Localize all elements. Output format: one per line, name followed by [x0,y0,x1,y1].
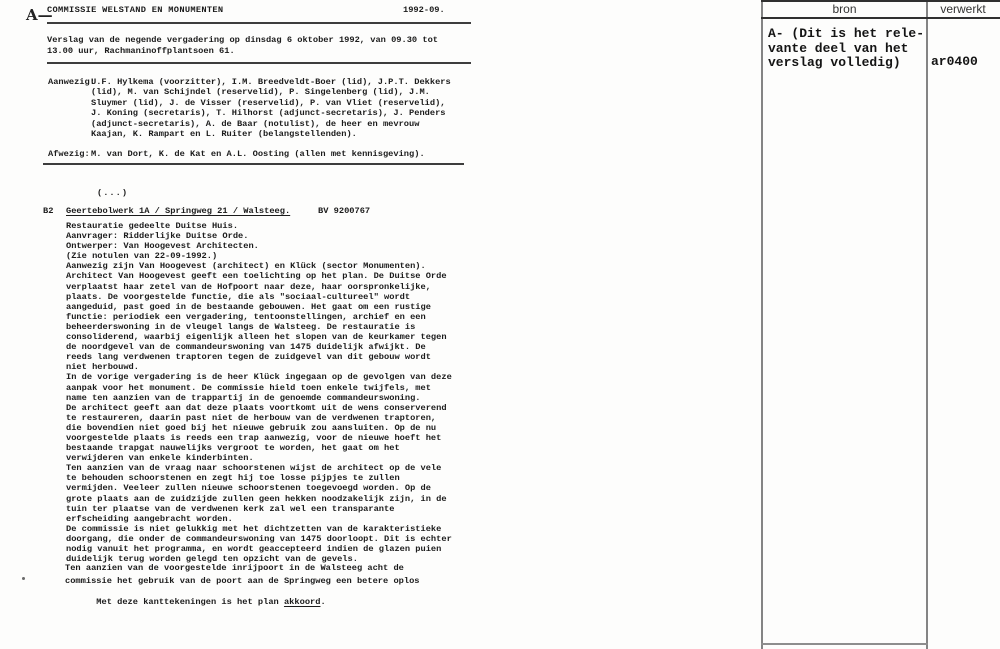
document-title: COMMISSIE WELSTAND EN MONUMENTEN [47,5,223,15]
scanned-document-page: A— COMMISSIE WELSTAND EN MONUMENTEN 1992… [0,0,1000,649]
ink-speck [22,577,25,580]
table-hline-header [761,17,1000,19]
divider-under-intro [47,62,471,64]
margin-table: bron verwerkt A- (Dit is het rele- vante… [760,0,1000,649]
attendance-present-label: Aanwezig: [48,77,95,87]
section-file-number: BV 9200767 [318,206,370,216]
divider-under-attendance [43,163,464,165]
closing-text: Met deze kanttekeningen is het plan [96,597,284,607]
closing-word-underlined: akkoord [284,597,321,607]
section-ellipsis: (...) [97,188,128,198]
verwerkt-code: ar0400 [931,55,978,70]
table-vline-separator [926,0,928,649]
document-area: A— COMMISSIE WELSTAND EN MONUMENTEN 1992… [0,0,760,649]
closing-line: Met deze kanttekeningen is het plan akko… [65,587,326,617]
closing-period: . [320,597,325,607]
attendance-absent-text: M. van Dort, K. de Kat en A.L. Oosting (… [91,149,425,159]
document-date-code: 1992-09. [403,5,445,15]
section-body: Restauratie gedeelte Duitse Huis. Aanvra… [66,221,452,564]
section-address: Geertebolwerk 1A / Springweg 21 / Walste… [66,206,290,216]
meeting-intro: Verslag van de negende vergadering op di… [47,35,438,56]
divider-under-title [47,22,471,24]
verwerkt-column-header: verwerkt [928,2,998,16]
table-vline-left [761,0,763,649]
attendance-absent-label: Afwezig: [48,149,90,159]
bron-column-header: bron [763,2,926,16]
table-hline-bottom [761,643,928,645]
attendance-present-text: U.F. Hylkema (voorzitter), I.M. Breedvel… [91,77,451,139]
section-item-code: B2 [43,206,53,216]
section-body-continued: Ten aanzien van de voorgestelde inrijpoo… [65,562,420,588]
bron-annotation: A- (Dit is het rele- vante deel van het … [768,27,924,71]
